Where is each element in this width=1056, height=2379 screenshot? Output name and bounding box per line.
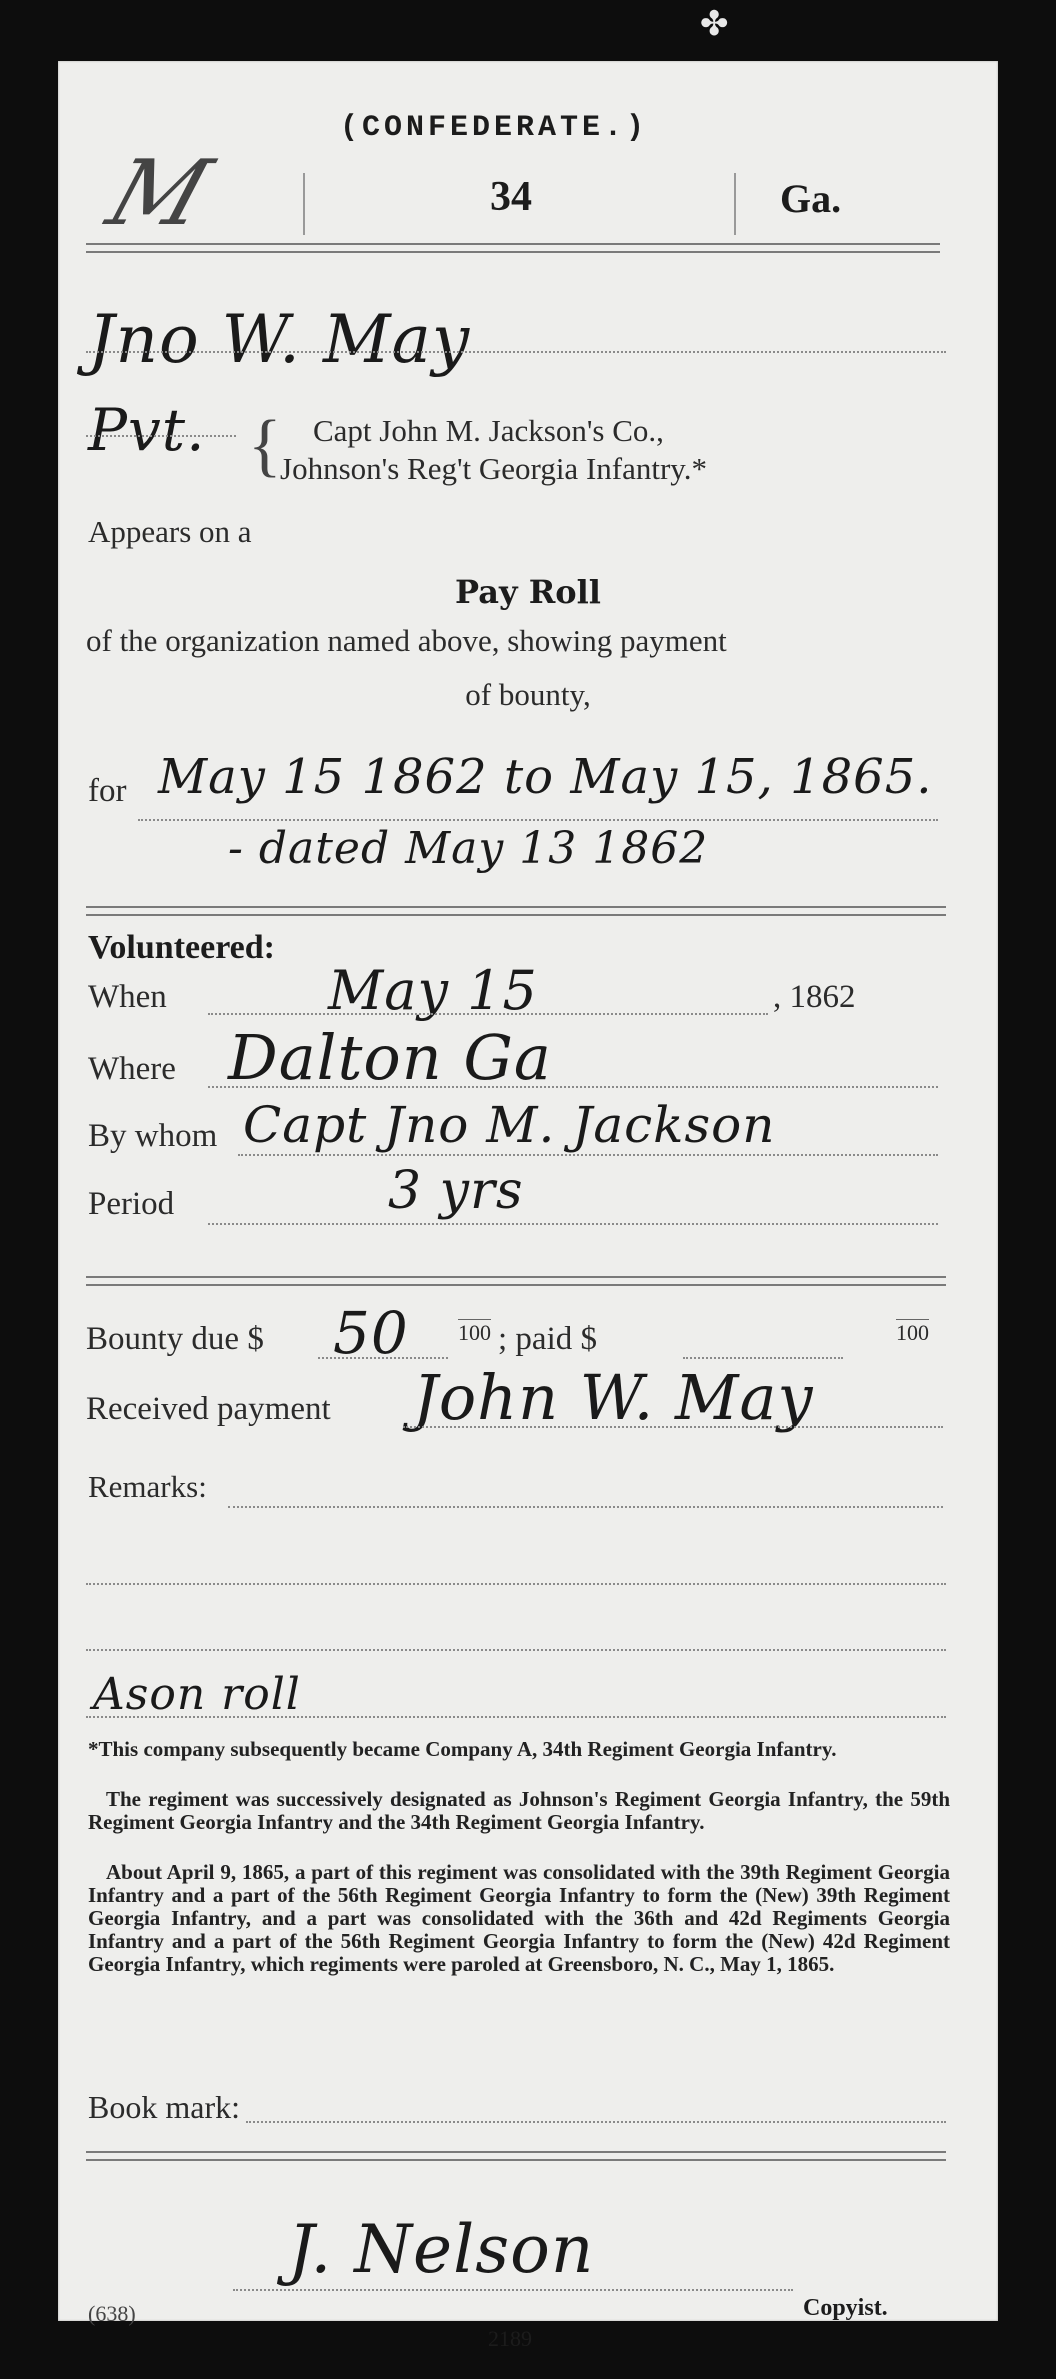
received-payment-line [403,1426,943,1428]
book-mark-rule [86,2151,946,2161]
when-label: When [88,979,167,1016]
when-line [208,1013,768,1015]
book-mark-line [246,2121,946,2123]
remarks-value: Ason roll [93,1669,301,1720]
service-record-card: (CONFEDERATE.) M 34 Ga. Jno W. May Pvt. … [58,61,998,2321]
book-mark-label: Book mark: [88,2089,240,2126]
received-payment-value: John W. May [413,1361,814,1434]
description-line-2: of bounty, [58,677,998,713]
footnote-designations: The regiment was successively designated… [88,1788,950,1834]
copyist-label: Copyist. [803,2295,888,2322]
name-line [86,351,946,353]
classification-heading: (CONFEDERATE.) [340,111,648,145]
header-rule [86,243,940,253]
record-type: Pay Roll [58,573,998,611]
header-divider-left [303,173,305,235]
regiment-number: 34 [490,173,532,221]
unit-brace: { [248,411,282,481]
where-label: Where [88,1051,176,1088]
copyist-line [233,2289,793,2291]
volunteered-heading: Volunteered: [88,929,275,967]
header-divider-right [734,173,736,235]
footnote-company: *This company subsequently became Compan… [88,1738,950,1761]
appears-on-label: Appears on a [88,514,252,550]
received-payment-label: Received payment [86,1391,331,1428]
remarks-label: Remarks: [88,1469,207,1505]
remarks-line-1 [228,1506,943,1508]
state-abbrev: Ga. [780,175,841,222]
for-label: for [88,773,126,810]
unit-company: Capt John M. Jackson's Co., [313,413,664,449]
for-line [138,819,938,821]
rank-line [86,435,236,437]
pay-period-value: May 15 1862 to May 15, 1865. [158,749,932,805]
form-number: (638) [88,2301,136,2327]
by-whom-line [238,1154,938,1156]
where-line [208,1086,938,1088]
dated-note: - dated May 13 1862 [228,823,708,874]
soldier-name: Jno W. May [88,301,470,378]
period-value: 3 yrs [388,1161,524,1221]
copyist-signature: J. Nelson [288,2211,594,2288]
paid-line [683,1357,843,1359]
corner-handwritten-mark: M [96,141,223,246]
unit-regiment: Johnson's Reg't Georgia Infantry.* [280,451,707,487]
period-line [208,1223,938,1225]
when-year: , 1862 [773,979,856,1016]
by-whom-label: By whom [88,1118,217,1155]
film-speck: ✤ [700,4,729,44]
paid-label: ; paid $ [498,1321,597,1358]
footnote-consolidation: About April 9, 1865, a part of this regi… [88,1861,950,1976]
card-number: 2189 [488,2326,532,2352]
bounty-due-label: Bounty due $ [86,1321,264,1358]
period-label: Period [88,1186,174,1223]
for-rule [86,906,946,916]
paid-cents: 100 [896,1319,929,1346]
remarks-line-2 [86,1583,946,1585]
description-line-1: of the organization named above, showing… [86,623,727,659]
where-value: Dalton Ga [228,1021,552,1094]
soldier-rank: Pvt. [88,396,206,464]
by-whom-value: Capt Jno M. Jackson [243,1096,775,1154]
bounty-due-cents: 100 [458,1319,491,1346]
volunteered-rule [86,1276,946,1286]
remarks-line-4 [86,1716,946,1718]
remarks-line-3 [86,1649,946,1651]
bounty-due-line [318,1357,448,1359]
